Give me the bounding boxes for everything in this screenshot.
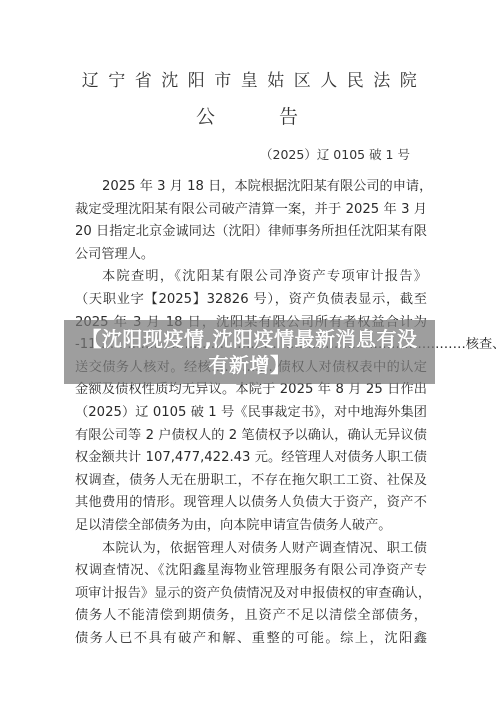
notice-title-char-1: 公 bbox=[196, 102, 215, 129]
document-page: 辽宁省沈阳市皇姑区人民法院 公 告 （2025）辽 0105 破 1 号 202… bbox=[0, 0, 500, 706]
case-number: （2025）辽 0105 破 1 号 bbox=[260, 145, 410, 163]
body-line: 其他费用的情形。现管理人以债务人负债大于资产，资产不 bbox=[75, 492, 427, 515]
headline-line-1: 【沈阳现疫情,沈阳疫情最新消息有没 bbox=[81, 326, 417, 352]
notice-title-char-2: 告 bbox=[279, 102, 298, 129]
notice-body: 2025 年 3 月 18 日，本院根据沈阳某有限公司的申请，裁定受理沈阳某有限… bbox=[75, 176, 427, 650]
body-line: （天职业字【2025】32826 号），资产负债表显示，截至 bbox=[75, 289, 427, 312]
body-line: 本院认为，依据管理人对债务人财产调查情况、职工债 bbox=[75, 538, 427, 561]
body-line: 公司管理人。 bbox=[75, 244, 427, 267]
body-line: 有限公司等 2 户债权人的 2 笔债权予以确认，确认无异议债 bbox=[75, 425, 427, 448]
court-name-heading: 辽宁省沈阳市皇姑区人民法院 bbox=[0, 66, 500, 91]
body-line: 2025 年 3 月 18 日，本院根据沈阳某有限公司的申请， bbox=[75, 176, 427, 199]
body-line: 裁定受理沈阳某有限公司破产清算一案，并于 2025 年 3 月 bbox=[75, 199, 427, 222]
body-line: 债务人已不具有破产和解、重整的可能。综上，沈阳鑫 bbox=[75, 628, 427, 651]
body-line: （2025）辽 0105 破 1 号《民事裁定书》，对中地海外集团 bbox=[75, 402, 427, 425]
body-line: 本院查明，《沈阳某有限公司净资产专项审计报告》 bbox=[75, 266, 427, 289]
headline-line-2: 有新增】 bbox=[209, 352, 291, 378]
body-line: 债务人不能清偿到期债务，且资产不足以清偿全部债务， bbox=[75, 605, 427, 628]
body-line: 项审计报告》显示的资产负债情况及对申报债权的审查确认， bbox=[75, 583, 427, 606]
body-line: 权调查情况、《沈阳鑫星海物业管理服务有限公司净资产专 bbox=[75, 560, 427, 583]
body-line: 足以清偿全部债务为由，向本院申请宣告债务人破产。 bbox=[75, 515, 427, 538]
body-line: 权调查，债务人无在册职工，不存在拖欠职工工资、社保及 bbox=[75, 470, 427, 493]
body-line: 权金额共计 107,477,422.43 元。经管理人对债务人职工债 bbox=[75, 447, 427, 470]
body-line: 20 日指定北京金诚同达（沈阳）律师事务所担任沈阳某有限 bbox=[75, 221, 427, 244]
headline-overlay-banner: 【沈阳现疫情,沈阳疫情最新消息有没 有新增】 bbox=[64, 320, 435, 384]
notice-title: 公 告 bbox=[0, 102, 500, 129]
